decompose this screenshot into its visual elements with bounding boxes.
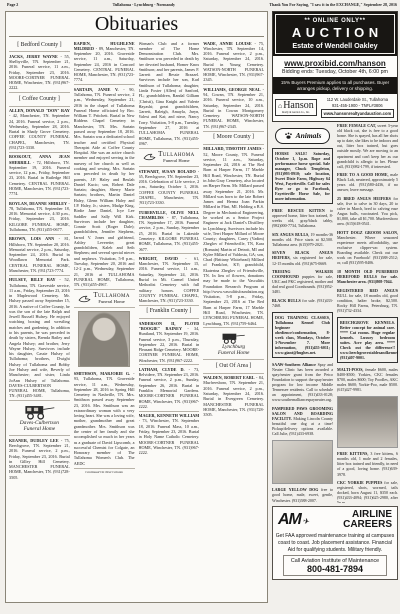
bidding-ends-text: Bidding ends: Tuesday, October 4th, 6:00…	[274, 69, 396, 75]
airline-ad-phone: 800-481-7894	[286, 564, 385, 574]
paw-icon	[284, 132, 293, 140]
obituary-text: - 52, Moore County, TN. Funeral service,…	[203, 146, 264, 325]
deceased-name: SARTAIN, JANIE V.	[74, 87, 119, 92]
funeral-home-sub: Funeral Home	[24, 426, 56, 432]
deceased-name: WILLIAMS, GEORGE NEAL	[203, 87, 260, 92]
deceased-name: WRIGHT, DAVID	[139, 256, 178, 261]
obituary-text: - 73, Winchester, TN. September 18, 2016…	[139, 418, 200, 455]
hanson-block: ⌂Hanson Realty & Auction Co., Inc. 112 W…	[273, 94, 397, 121]
deceased-name: MILLARD, TIMOTHY JAMES	[203, 146, 261, 151]
obituary-entry: ALLEN, DONALD "DON" RAY - 42, Manchester…	[9, 107, 70, 153]
funeral-home-sub: Funeral Home	[218, 350, 250, 356]
deceased-name: BOYLAN, DEANNE SHIRLEY	[9, 201, 67, 206]
classified-boxed-ad: BEECHGROVE KENNELS. Better concept for a…	[337, 317, 398, 364]
classified-column-left: Animals HORSE SALE! Saturday, October 1,…	[272, 123, 333, 503]
animals-classifieds: Animals HORSE SALE! Saturday, October 1,…	[272, 123, 398, 503]
obituary-text: - 90, Tullahoma, TN. Funeral service, 2 …	[74, 87, 135, 287]
obituary-text: - 72, Hillsboro, TN. September 19, 2016.…	[9, 160, 70, 197]
airplane-icon: ✈	[302, 516, 310, 526]
classified-boxed-ad: DOG TRAINING CLASSES, Tullahoma Kennel C…	[272, 312, 333, 359]
classified-ad: SEVEN BLACK ANGUS HEIFERS, six registere…	[272, 250, 333, 265]
obituary-entry: MILLARD, TIMOTHY JAMES - 52, Moore Count…	[203, 145, 264, 329]
classified-ad: TREEING WALKER COONHOUND puppies for sal…	[272, 269, 333, 294]
tullahoma-funeral-home-logo: TullahomaFuneral Home	[74, 290, 135, 309]
classified-ad: SAAW-Southern Alliance Spay and Neuter C…	[272, 362, 333, 403]
obituary-entry: LATHAM, CLYDE D. - 73, Belvidere, TN. Se…	[139, 365, 200, 411]
classified-ad: BLACK BULLS for sale. (931)433-7468.	[272, 298, 333, 308]
funeral-home-name: Tullahoma	[93, 292, 129, 299]
county-header: [ Coffee County ]	[9, 93, 70, 106]
deceased-name: STEWART, SUSAN BOLADO	[139, 169, 196, 174]
obituary-text: - 52, Tullahoma, TN. Graveside service, …	[9, 277, 70, 398]
tullahoma-funeral-home-logo: TullahomaFuneral Home	[139, 149, 200, 168]
obituary-text: - 55, Shelbyville, TN. September 21, 201…	[9, 54, 70, 91]
classified-body: Manchester. Where seasoned experience me…	[337, 235, 398, 265]
obituary-entry: ANDERSON II, FLOYD "BOOGIE" RAINEY - 34,…	[139, 319, 200, 365]
classified-body: BULL for sale, 18 months old, good condi…	[337, 293, 398, 313]
hanson-logo: ⌂Hanson Realty & Auction Co., Inc.	[275, 99, 317, 116]
masthead-region: Tullahoma - Lynchburg - Normandy	[113, 2, 175, 7]
portrait-image	[78, 311, 130, 367]
deceased-name: LATHAM, CLYDE D.	[139, 367, 185, 372]
obituary-text: - 89, Manchester, TN. September 20, 2016…	[74, 46, 135, 83]
cat-photo	[337, 396, 398, 448]
classified-ad: HOTT DOGZ GROOM SALON, Manchester. Where…	[337, 230, 398, 266]
classified-body: Saturday, October 1, 1p.m. Rope and perf…	[275, 151, 330, 202]
page-number: Page 2	[7, 2, 18, 7]
hanson-name: Hanson	[283, 100, 314, 111]
obituaries-section: Obituaries [ Bedford County ] JACKS, JER…	[5, 11, 268, 603]
hearse-icon	[221, 331, 247, 344]
funeral-home-name: Tullahoma	[158, 151, 194, 158]
classified-ad: SIX ANGUS BULLS, 19 months-36 months old…	[272, 232, 333, 247]
dove-icon	[143, 152, 156, 162]
airline-ad-call-box: Call Aviation Institute of Maintenance 8…	[283, 555, 387, 576]
obituary-entry: WILLIAMS, GEORGE NEAL - 94, Cowan, TN. S…	[203, 85, 264, 131]
house-icon: ⌂	[278, 102, 282, 110]
classified-ad: 18 MONTH OLD PUREBRED HEREFORD BULLS for…	[337, 269, 398, 284]
obituary-text: - 81, Hillsboro, TN. September 20, 2016.…	[9, 236, 70, 273]
dog-photo	[272, 440, 333, 484]
obituary-text: - 94, Cowan, TN. September 21, 2016. Fun…	[203, 87, 264, 129]
classified-body: for sale, five to calve in 30 days, 20 t…	[337, 196, 398, 226]
classified-ad: FREE RESCUE KITTEN to approved home, lit…	[272, 208, 333, 228]
obituaries-title: Obituaries	[9, 13, 264, 37]
deceased-name: WADE, ANNIE LOUISE	[203, 41, 251, 46]
obituary-entry: WRIGHT, DAVID - 61, Manchester, TN. Sept…	[139, 254, 200, 306]
deceased-name: MAGER, KENNETH WILLIAM	[139, 413, 200, 418]
masthead: Page 2 Tullahoma - Lynchburg - Normandy …	[7, 2, 397, 7]
obituary-columns: [ Bedford County ] JACKS, JERRY WAYNE - …	[9, 39, 264, 599]
deceased-name: JACKS, JERRY WAYNE	[9, 54, 58, 59]
obituary-entry: MAGER, KENNETH WILLIAM - 73, Winchester,…	[139, 412, 200, 457]
obituary-entry: WALDEN, ROBERT EARL - 84, Murfreesboro, …	[203, 374, 264, 419]
obituary-column-3: Woman's Club and a former member of The …	[139, 39, 200, 599]
classified-lead: 18 MONTH OLD PUREBRED HEREFORD BULLS for…	[337, 269, 398, 284]
county-header: [ Franklin County ]	[139, 306, 200, 319]
obituary-text: - 84, Murfreesboro, TN. September 21, 20…	[203, 375, 264, 417]
obituary-portrait-photo	[74, 308, 135, 369]
classified-body: Better concept for animal care. **** Cat…	[340, 325, 398, 360]
deceased-name: HULSEY, BILLY RAY	[9, 277, 56, 282]
obituary-text: - 87, Tullahoma, TN. September 17, 2016.…	[139, 215, 200, 252]
deceased-name: KEANER, DUDLEY LEE	[9, 438, 59, 443]
classified-column-right: FREE FEMALE CAT, sweet 3-year old black …	[337, 123, 398, 503]
deceased-name: ALLEN, DONALD "DON" RAY	[9, 108, 70, 113]
classified-ad: FREE TO A GOOD HOME, male Black Lab, neu…	[337, 172, 398, 192]
classified-ad: CKC YORKIE PUPPIES for sale, registered,…	[337, 480, 398, 503]
county-header: [ Moore County ]	[203, 132, 264, 145]
obituary-text: - 93, Tullahoma, TN. Graveside service, …	[74, 371, 135, 466]
obituary-entry: KEANER, DUDLEY LEE - 75, Beechgrove, TN.…	[9, 436, 70, 481]
hanson-phone: 931-455-1900 - TNFL#3806	[332, 103, 383, 108]
obituary-entry: BOYLAN, DEANNE SHIRLEY - 78, Tullahoma, …	[9, 199, 70, 235]
obituary-text: - 78, Tullahoma, TN. September 18, 2016.…	[9, 201, 70, 232]
obituary-text: - 73, Belvidere, TN. September 23, 2016.…	[139, 367, 200, 409]
hanson-address: 112 W. Lauderdale St., Tullahoma	[327, 97, 388, 102]
auction-title: AUCTION	[277, 25, 393, 40]
auction-ad-header: ** ONLINE ONLY** AUCTION Estate of Wende…	[273, 12, 397, 56]
obituary-text: - 42, Manchester, TN. September 24, 2016…	[9, 113, 70, 150]
deceased-name: SMITHSON, MARJORIE G.	[74, 371, 130, 376]
airline-careers-ad: AM ✈ AIRLINE CAREERS Get FAA approved ma…	[272, 506, 398, 580]
classified-ad: LARGE YELLOW DOG free to good home, male…	[272, 487, 333, 502]
funeral-home-sub: Funeral Home	[93, 299, 129, 305]
obituary-text: - 75, Winchester, TN. September 14, 2016…	[203, 41, 264, 83]
obituary-column-1: [ Bedford County ] JACKS, JERRY WAYNE - …	[9, 39, 70, 599]
obituary-entry: SARTAIN, JANIE V. - 90, Tullahoma, TN. F…	[74, 85, 135, 290]
aim-logo: AM ✈	[278, 511, 301, 529]
auction-url-block: www.proxibid.com/hanson Bidding ends: Tu…	[273, 56, 397, 77]
obituary-column-2: RAPIEN, HUGHLENE MILDRED - 89, Mancheste…	[74, 39, 135, 599]
obituary-entry: Woman's Club and a former member of The …	[139, 39, 200, 149]
county-header: [ Out Of Area ]	[203, 360, 264, 373]
deceased-name: BROWN, LOIS ANN	[9, 236, 54, 241]
hanson-subtitle: Realty & Auction Co., Inc.	[278, 111, 314, 114]
airline-ad-body: Get FAA approved maintenance training at…	[275, 533, 395, 553]
buyers-premium-text: 15% Buyers Premium applies to all purcha…	[273, 77, 397, 94]
masthead-slogan: Thank You For Saying, "I saw it in the E…	[269, 2, 397, 7]
obituary-entry: HULSEY, BILLY RAY - 52, Tullahoma, TN. G…	[9, 276, 70, 401]
auction-ad: ** ONLINE ONLY** AUCTION Estate of Wende…	[272, 11, 398, 122]
funeral-home-sub: Funeral Home	[158, 158, 194, 164]
classified-ad: FREE KITTENS, 3 free kittens, 6 months o…	[337, 451, 398, 476]
classified-boxed-ad: HORSE SALE! Saturday, October 1, 1p.m. R…	[272, 148, 333, 205]
obituary-text: - 75, Beechgrove, TN. September 21, 2016…	[9, 438, 70, 480]
auction-estate: Estate of Wendell Oakley	[277, 41, 393, 50]
auction-online-only: ** ONLINE ONLY**	[277, 18, 393, 24]
obituary-entry: STEWART, SUSAN BOLADO - 65, Beechgrove, …	[139, 167, 200, 208]
newspaper-page: Page 2 Tullahoma - Lynchburg - Normandy …	[0, 0, 400, 614]
classified-body: Tullahoma Kennel Club beginner obedience…	[275, 320, 330, 355]
animals-header-label: Animals	[296, 131, 322, 141]
lynchburg-funeral-home-logo: Lynchburg Funeral Home	[203, 328, 264, 360]
obituary-entry: SMITHSON, MARJORIE G. - 93, Tullahoma, T…	[74, 369, 135, 468]
proxibid-url: www.proxibid.com/hanson	[274, 59, 396, 68]
classified-ad: REGISTERED RED ANGUS BULL for sale, 18 m…	[337, 288, 398, 313]
animals-section-header: Animals	[275, 128, 331, 144]
classified-ad: 25 BRED ANGUS HEIFERS for sale, five to …	[337, 196, 398, 226]
daves-culbertson-logo: Daves-Culbertson Funeral Home	[9, 401, 70, 436]
obituary-entry: RAPIEN, HUGHLENE MILDRED - 89, Mancheste…	[74, 39, 135, 85]
obituary-entry: JACKS, JERRY WAYNE - 55, Shelbyville, TN…	[9, 52, 70, 93]
dove-icon	[78, 294, 91, 304]
obituary-entry: BOOKOUT, ANNA JEAN SHERRILL - 72, Hillsb…	[9, 153, 70, 199]
classified-ad: FREE FEMALE CAT, sweet 3-year old black …	[337, 123, 398, 169]
stagecoach-icon	[22, 404, 56, 420]
classified-ad: MALTI-POOS, female $600, males $400-$500…	[337, 367, 398, 392]
deceased-name: WALDEN, ROBERT EARL	[203, 375, 254, 380]
obituary-entry: WADE, ANNIE LOUISE - 75, Winchester, TN.…	[203, 39, 264, 85]
airline-ad-cta: Call Aviation Institute of Maintenance	[286, 558, 385, 564]
hanson-website: www.hansonrealtyandauction.com	[321, 109, 393, 118]
continued-note: Continued On Next Column	[74, 469, 135, 476]
obituary-text: Woman's Club and a former member of The …	[139, 41, 200, 146]
obituary-text: - 61, Manchester, TN. September 15, 2016…	[139, 256, 200, 303]
obituary-text: - 65, Beechgrove, TN. September 23, 2016…	[139, 169, 200, 206]
obituary-entry: TUBERVILLE, OLIVE NELL CHAMBLISS - 87, T…	[139, 208, 200, 254]
classifieds-rail: ** ONLINE ONLY** AUCTION Estate of Wende…	[272, 11, 398, 580]
classified-body: Spay and Neuter Clinic has been awarded …	[272, 362, 333, 403]
obituary-text: - 34, Huntland, TN. September 19, 2016. …	[139, 326, 200, 363]
airline-careers-title: AIRLINE CAREERS	[330, 510, 392, 531]
classified-body: sweet 3-year old black cat, she is free …	[337, 123, 398, 169]
obituary-entry: BROWN, LOIS ANN - 81, Hillsboro, TN. Sep…	[9, 235, 70, 276]
county-header: [ Bedford County ]	[9, 39, 70, 52]
classified-ad: PAMPERED PAWS GROOMING SALON AND BOARDIN…	[272, 406, 333, 436]
obituary-column-4: WADE, ANNIE LOUISE - 75, Winchester, TN.…	[203, 39, 264, 599]
